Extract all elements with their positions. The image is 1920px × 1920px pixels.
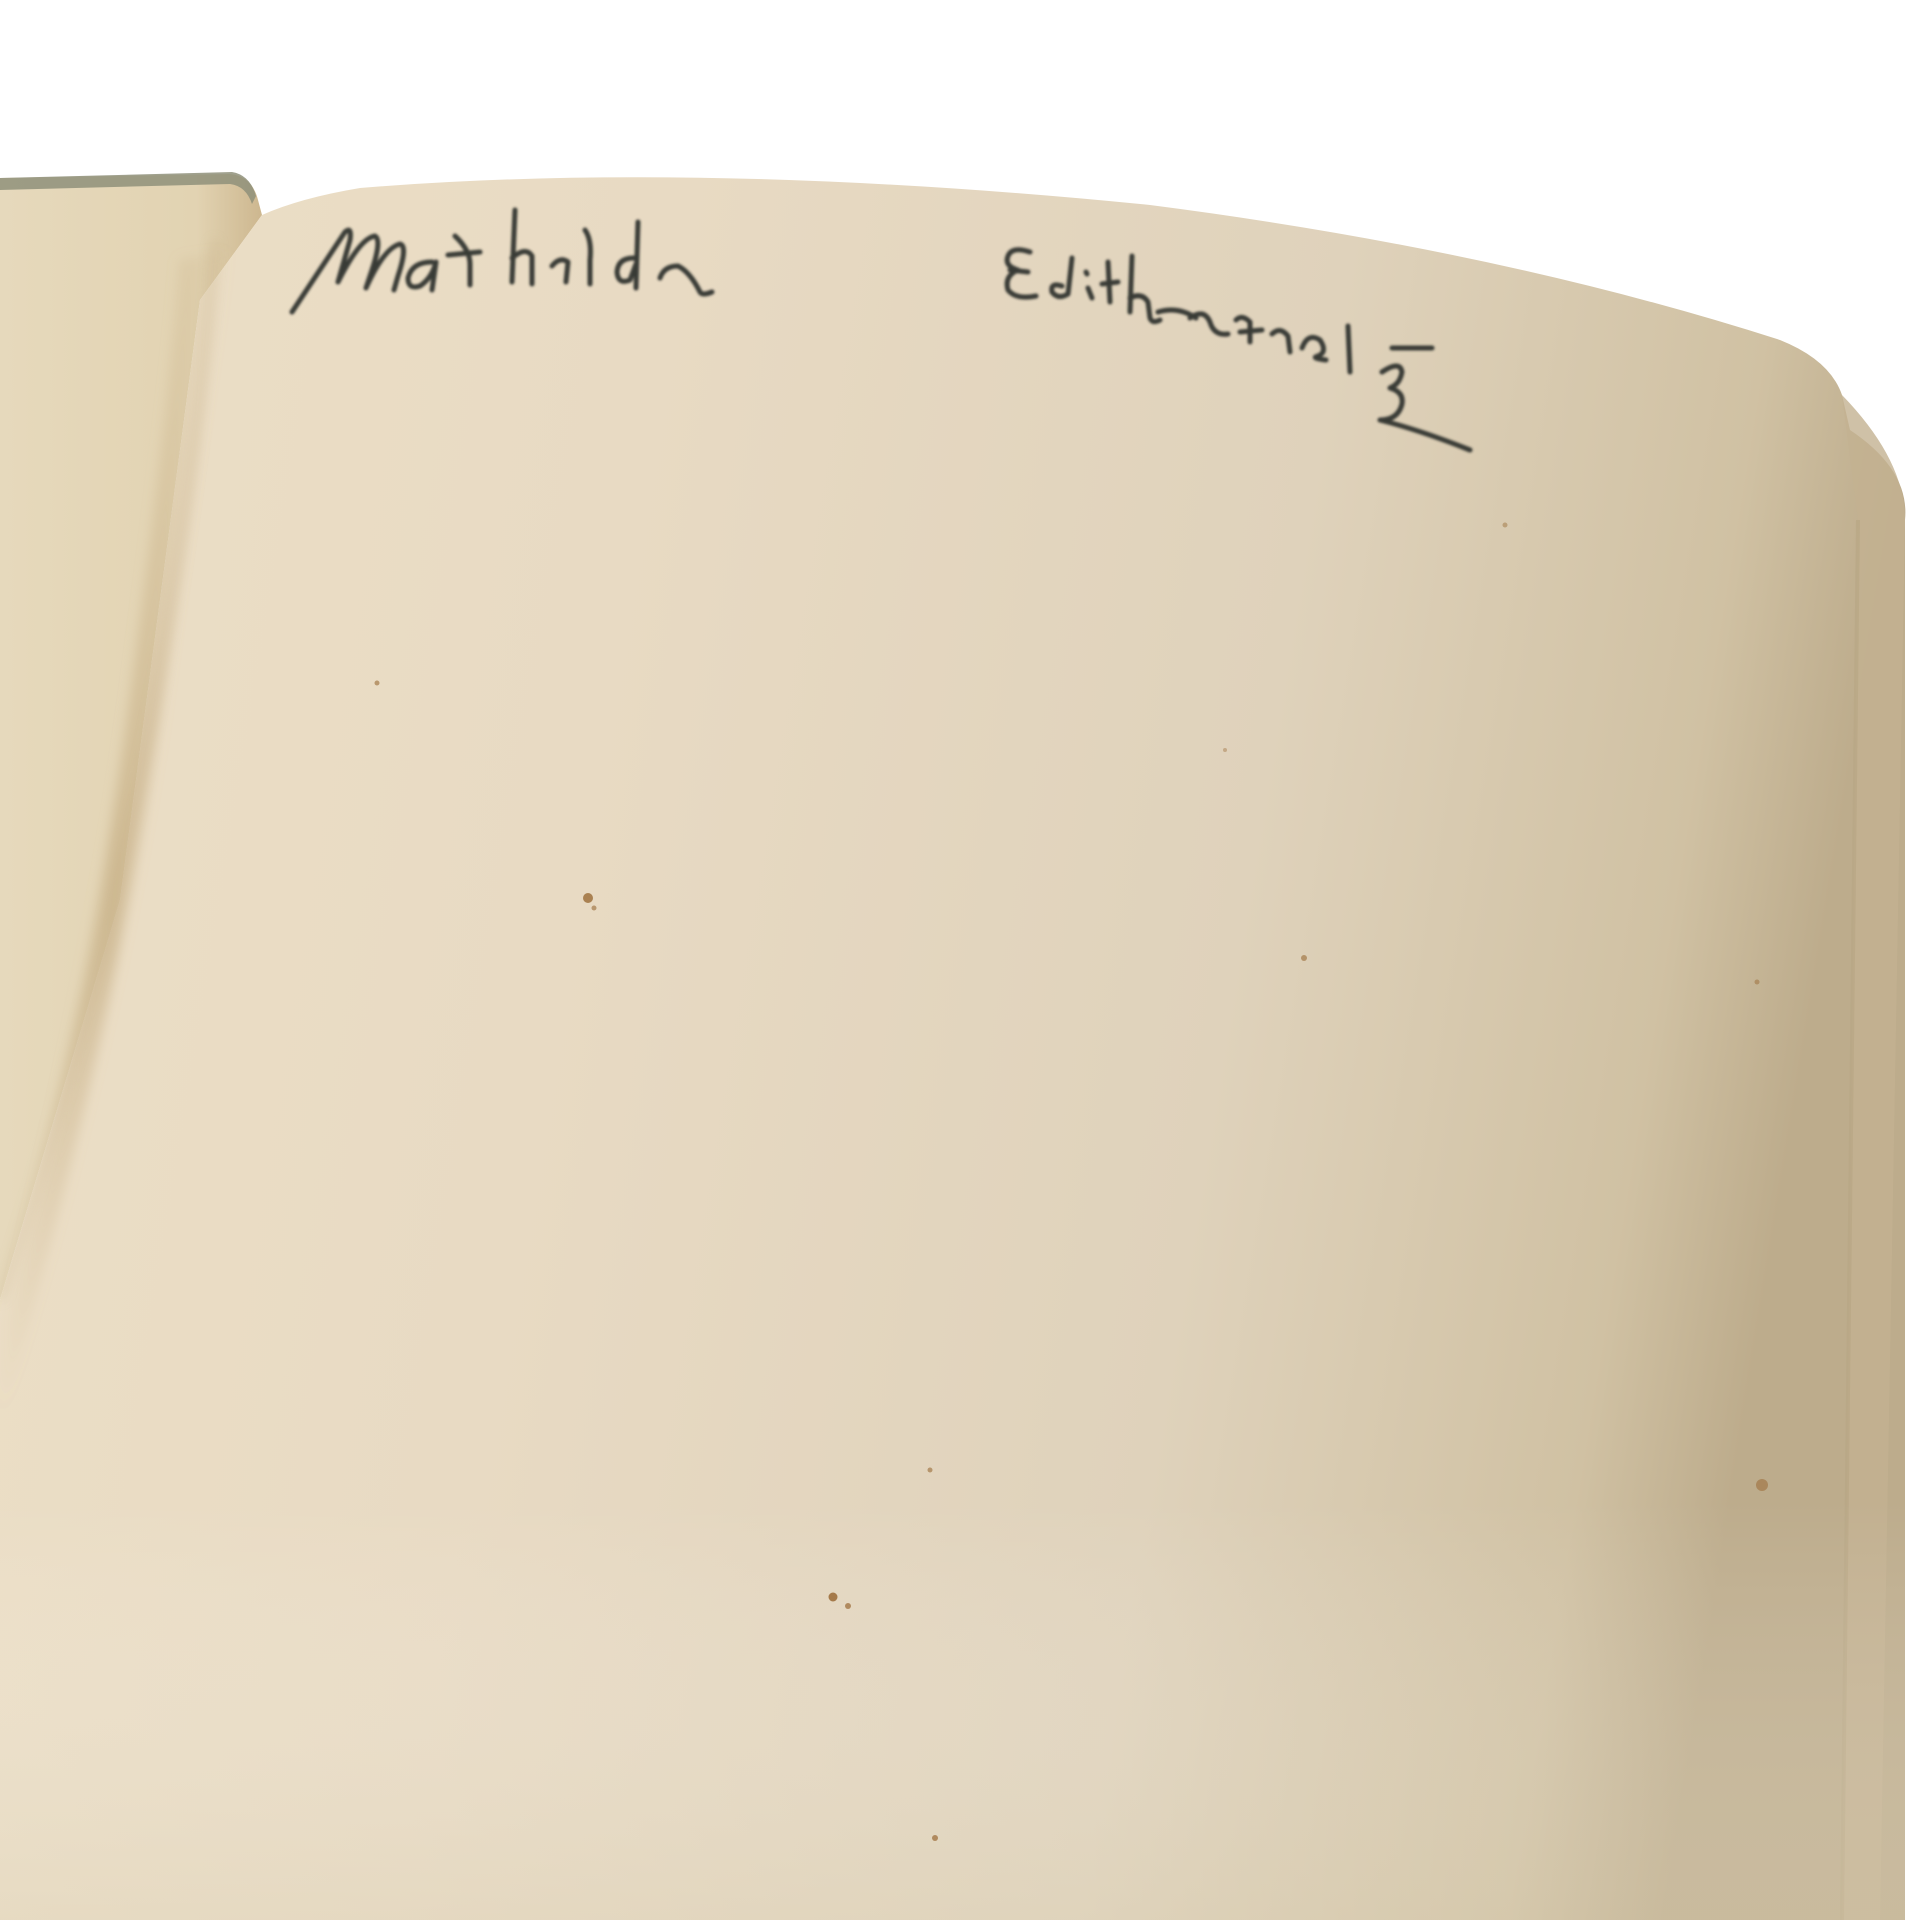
book-page-photo	[0, 0, 1920, 1920]
book-photo: Mathilde Edith-Strelz	[0, 0, 1920, 1920]
